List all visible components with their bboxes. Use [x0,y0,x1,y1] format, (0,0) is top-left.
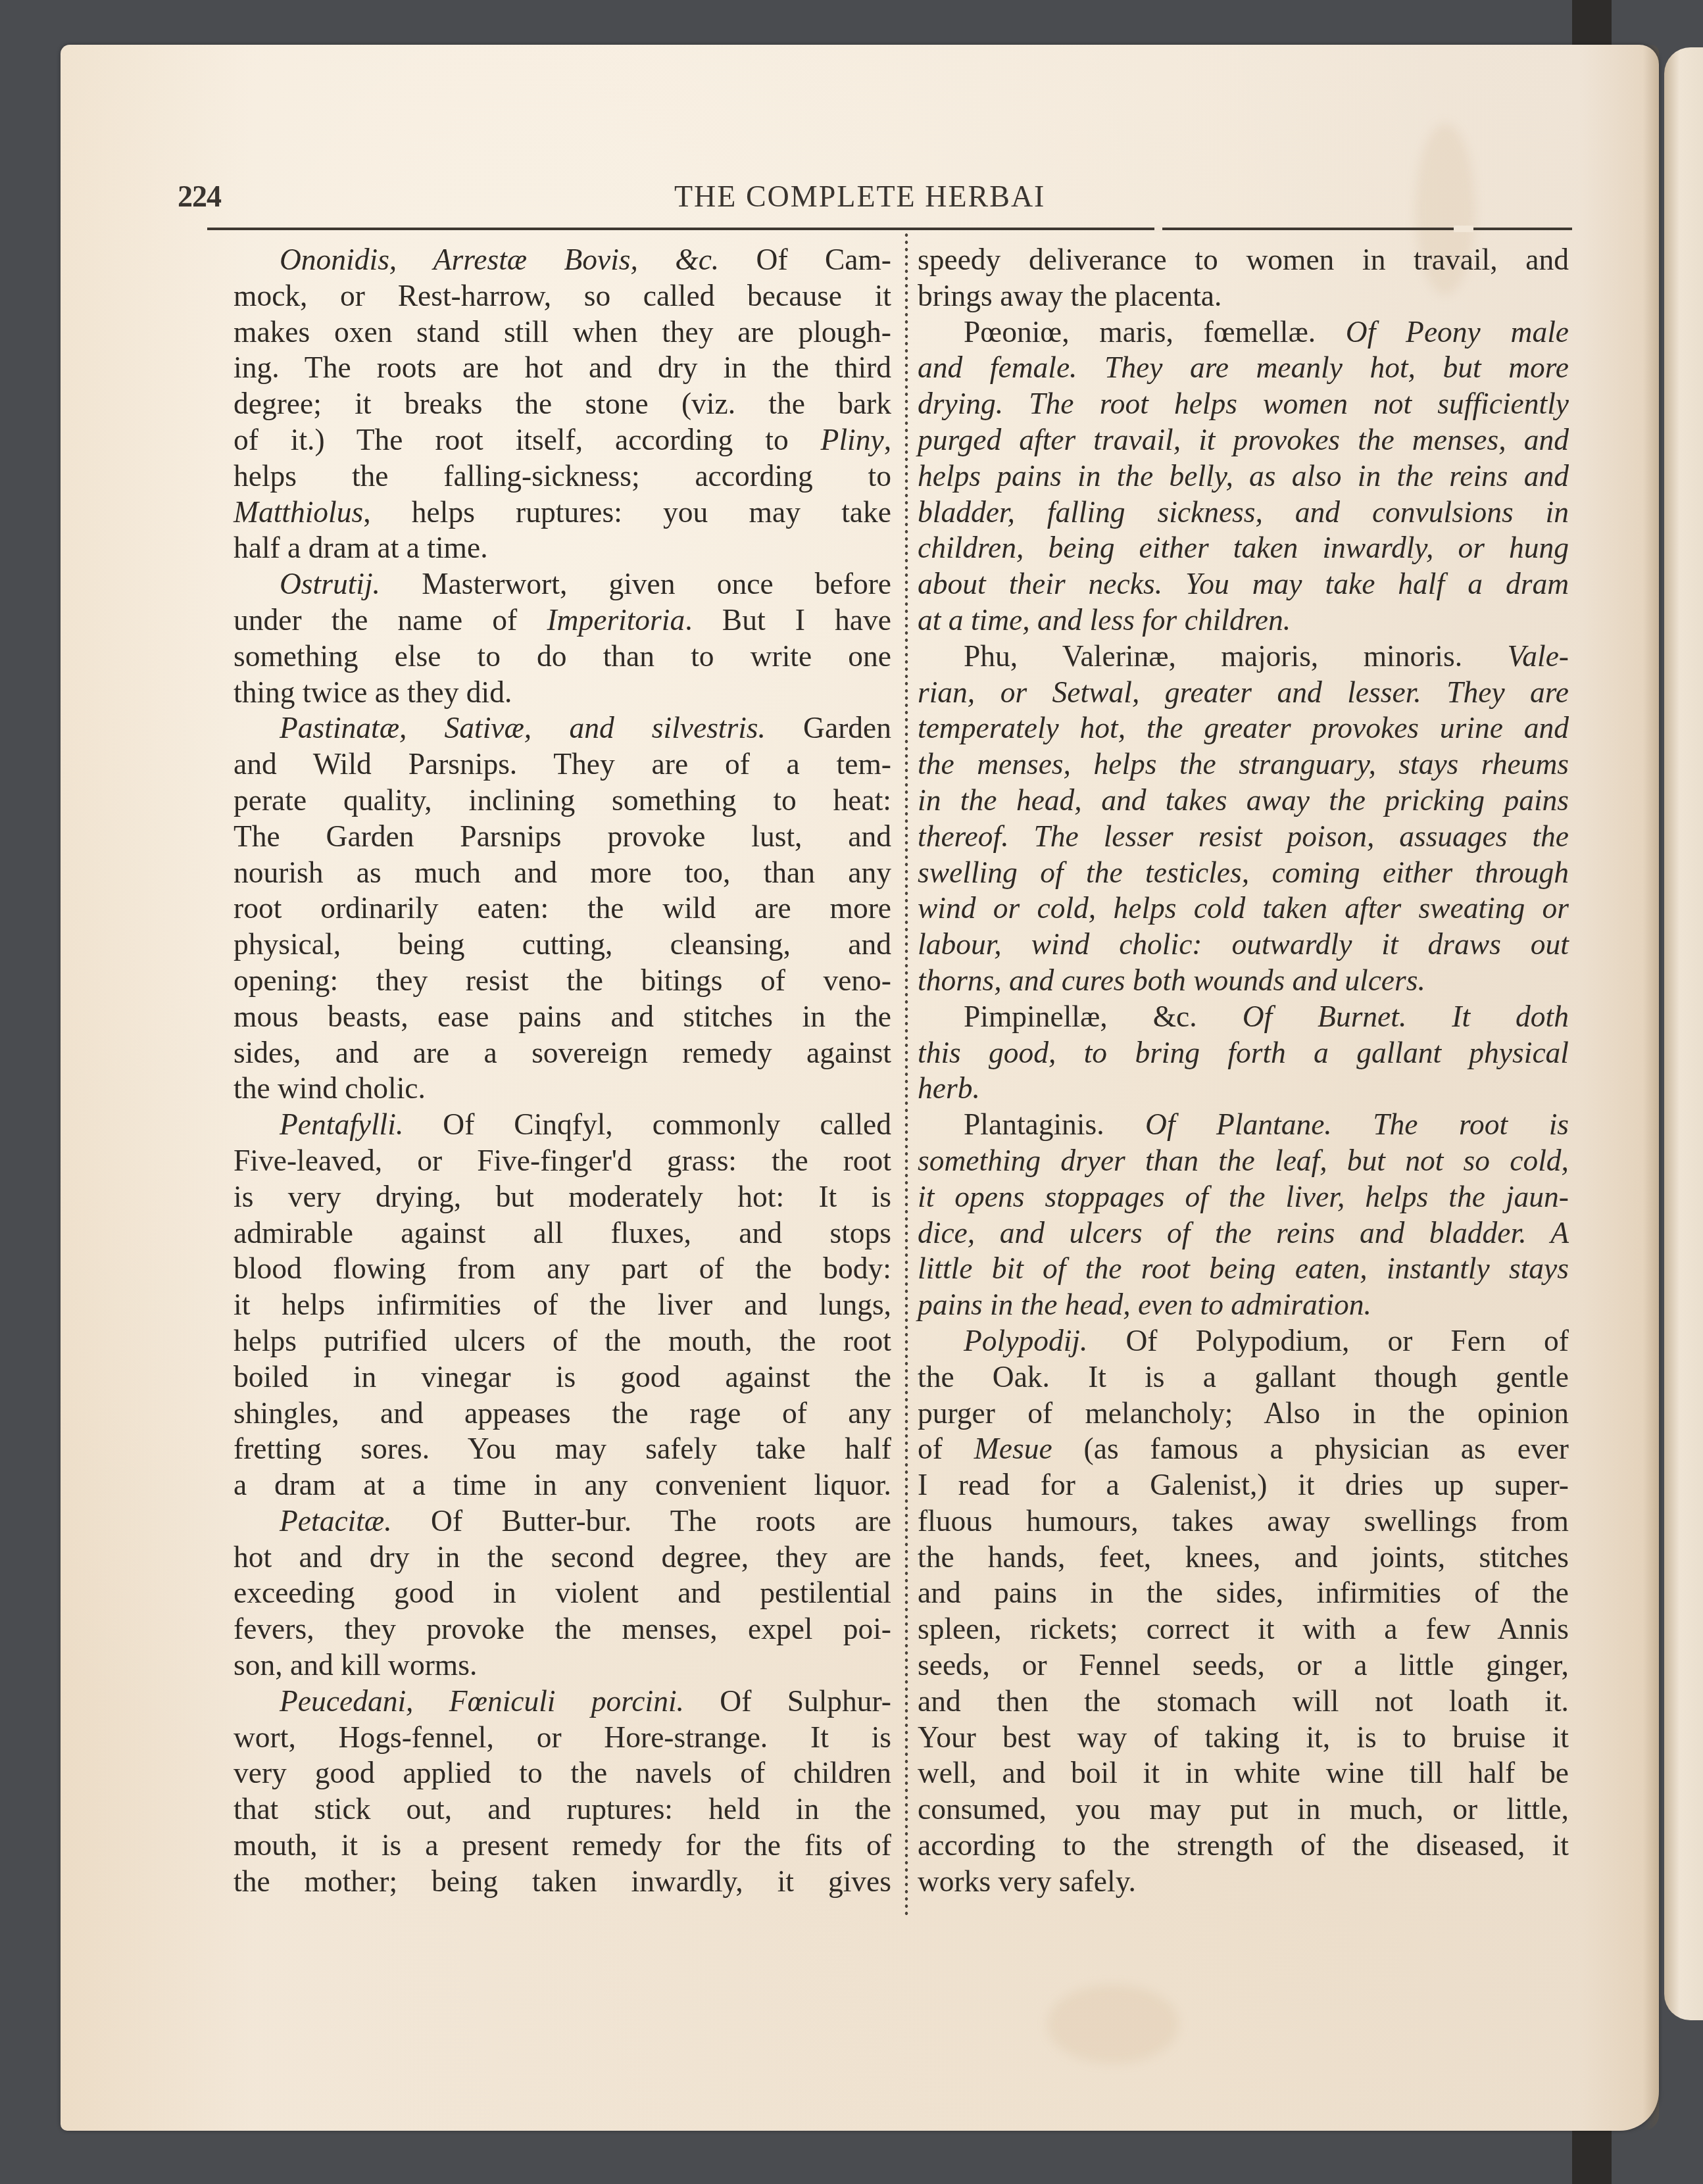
text-line: Five-leaved, or Five-finger'd grass: the… [234,1143,891,1179]
text-line: root ordinarily eaten: the wild are more [234,890,891,927]
text-line: ing. The roots are hot and dry in the th… [234,350,891,386]
text-line: something else to do than to write one [234,639,891,675]
latin-name: Petacitæ. [280,1504,392,1538]
text-line: makes oxen stand still when they are plo… [234,314,891,351]
text-line: pains in the head, even to admiration. [918,1287,1569,1323]
rule-break [1154,226,1162,232]
text-line: Pimpinellæ, &c. Of Burnet. It doth [918,999,1569,1035]
text-line: mock, or Rest-harrow, so called because … [234,278,891,314]
text-line: bladder, falling sickness, and convulsio… [918,495,1569,531]
text-line: Pœoniœ, maris, fœmellæ. Of Peony male [918,314,1569,351]
latin-name: Pastinatæ, Sativæ, and silvestris. [280,711,766,744]
text-line: labour, wind cholic: outwardly it draws … [918,927,1569,963]
text-line: seeds, or Fennel seeds, or a little ging… [918,1647,1569,1684]
text-span: Garden [766,711,891,744]
text-line: temperately hot, the greater provokes ur… [918,710,1569,746]
text-line: the mother; being taken inwardly, it giv… [234,1864,891,1900]
author-name: Pliny [821,423,884,456]
text-line: drying. The root helps women not suffici… [918,386,1569,422]
latin-name: Ononidis, Arrestæ Bovis, &c. [280,243,719,276]
text-span: (as famous a physician as ever [1052,1432,1569,1465]
text-line: little bit of the root being eaten, inst… [918,1251,1569,1287]
text-line: thing twice as they did. [234,675,891,711]
text-line: Pentafylli. Of Cinqfyl, commonly called [234,1107,891,1143]
text-line: and then the stomach will not loath it. [918,1684,1569,1720]
text-span: Masterwort, given once before [380,567,891,600]
text-line: physical, being cutting, cleansing, and [234,927,891,963]
text-line: about their necks. You may take half a d… [918,566,1569,602]
text-line: helps putrified ulcers of the mouth, the… [234,1323,891,1359]
text-line: perate quality, inclining something to h… [234,783,891,819]
text-line: Ostrutij. Masterwort, given once before [234,566,891,602]
text-line: sides, and are a sovereign remedy agains… [234,1035,891,1071]
author-name: Mesue [974,1432,1052,1465]
text-line: it helps infirmities of the liver and lu… [234,1287,891,1323]
text-line: I read for a Galenist,) it dries up supe… [918,1467,1569,1503]
text-line: boiled in vinegar is good against the [234,1359,891,1395]
gutter-shadow [1643,45,1659,2131]
text-line: half a dram at a time. [234,530,891,566]
english-name: Of Burnet. It doth [1243,1000,1569,1033]
text-line: spleen, rickets; correct it with a few A… [918,1611,1569,1647]
text-span: of it.) The root itself, according to [234,423,821,456]
author-name: Matthiolus [234,495,363,529]
latin-name: Imperitoria [547,603,685,637]
text-line: Your best way of taking it, is to bruise… [918,1720,1569,1756]
text-line: the menses, helps the stranguary, stays … [918,746,1569,783]
text-line: mous beasts, ease pains and stitches in … [234,999,891,1035]
text-line: fretting sores. You may safely take half [234,1431,891,1467]
right-column: speedy deliverance to women in travail, … [918,242,1569,1900]
text-line: a dram at a time in any convenient liquo… [234,1467,891,1503]
text-line: consumed, you may put in much, or little… [918,1791,1569,1828]
text-span: Pimpinellæ, &c. [964,1000,1243,1033]
text-line: wort, Hogs-fennel, or Hore-strange. It i… [234,1720,891,1756]
text-line: The Garden Parsnips provoke lust, and [234,819,891,855]
text-line: and female. They are meanly hot, but mor… [918,350,1569,386]
text-span: Of Cinqfyl, commonly called [403,1107,891,1141]
text-span: , helps ruptures: you may take [363,495,891,529]
text-line: and pains in the sides, infirmities of t… [918,1575,1569,1611]
text-line: Plantaginis. Of Plantane. The root is [918,1107,1569,1143]
text-line: son, and kill worms. [234,1647,891,1684]
paper-stain [1047,1985,1179,2064]
text-line: purger of melancholy; Also in the opinio… [918,1395,1569,1432]
text-line: admirable against all fluxes, and stops [234,1215,891,1251]
text-line: opening: they resist the bitings of veno… [234,963,891,999]
text-span: Phu, Valerinæ, majoris, minoris. [964,639,1508,673]
text-line: fluous humours, takes away swellings fro… [918,1503,1569,1540]
text-span: Of Cam- [719,243,891,276]
text-line: in the head, and takes away the pricking… [918,783,1569,819]
text-line: the wind cholic. [234,1071,891,1107]
text-line: very good applied to the navels of child… [234,1755,891,1791]
text-line: something dryer than the leaf, but not s… [918,1143,1569,1179]
text-span: of [918,1432,974,1465]
text-line: according to the strength of the disease… [918,1828,1569,1864]
text-line: helps the falling-sickness; according to [234,458,891,495]
left-column: Ononidis, Arrestæ Bovis, &c. Of Cam- moc… [234,242,891,1900]
text-line: that stick out, and ruptures: held in th… [234,1791,891,1828]
text-line: Matthiolus, helps ruptures: you may take [234,495,891,531]
page-number: 224 [178,179,221,214]
text-line: Phu, Valerinæ, majoris, minoris. Vale- [918,639,1569,675]
text-line: the Oak. It is a gallant though gentle [918,1359,1569,1395]
text-line: the hands, feet, knees, and joints, stit… [918,1540,1569,1576]
text-line: brings away the placenta. [918,278,1569,314]
text-line: Polypodij. Of Polypodium, or Fern of [918,1323,1569,1359]
text-span: , [884,423,891,456]
text-line: shingles, and appeases the rage of any [234,1395,891,1432]
text-line: Ononidis, Arrestæ Bovis, &c. Of Cam- [234,242,891,278]
text-line: works very safely. [918,1864,1569,1900]
text-span: under the name of [234,603,547,637]
text-line: degree; it breaks the stone (viz. the ba… [234,386,891,422]
running-head: 224 THE COMPLETE HERBAI [178,179,1572,225]
column-divider [903,231,910,1915]
latin-name: Polypodij. [964,1324,1087,1357]
header-rule [207,228,1572,230]
text-span: Plantaginis. [964,1107,1145,1141]
text-line: Petacitæ. Of Butter-bur. The roots are [234,1503,891,1540]
text-line: blood flowing from any part of the body: [234,1251,891,1287]
text-line: under the name of Imperitoria. But I hav… [234,602,891,639]
text-span: Of Butter-bur. The roots are [392,1504,891,1538]
english-name: Of Plantane. The root is [1145,1107,1569,1141]
text-line: at a time, and less for children. [918,602,1569,639]
next-page-edge [1664,47,1703,2020]
rule-break [1454,226,1473,232]
text-line: of Mesue (as famous a physician as ever [918,1431,1569,1467]
text-line: rian, or Setwal, greater and lesser. The… [918,675,1569,711]
text-line: dice, and ulcers of the reins and bladde… [918,1215,1569,1251]
text-line: herb. [918,1071,1569,1107]
text-line: thereof. The lesser resist poison, assua… [918,819,1569,855]
text-line: swelling of the testicles, coming either… [918,855,1569,891]
text-line: of it.) The root itself, according to Pl… [234,422,891,458]
text-line: exceeding good in violent and pestilenti… [234,1575,891,1611]
text-line: wind or cold, helps cold taken after swe… [918,890,1569,927]
text-line: nourish as much and more too, than any [234,855,891,891]
text-line: Peucedani, Fœniculi porcini. Of Sulphur- [234,1684,891,1720]
text-line: mouth, it is a present remedy for the fi… [234,1828,891,1864]
text-line: this good, to bring forth a gallant phys… [918,1035,1569,1071]
text-line: purged after travail, it provokes the me… [918,422,1569,458]
text-line: it opens stoppages of the liver, helps t… [918,1179,1569,1215]
text-line: well, and boil it in white wine till hal… [918,1755,1569,1791]
english-name: Of Peony male [1346,315,1569,349]
english-name: Vale- [1508,639,1569,673]
latin-name: Pentafylli. [280,1107,403,1141]
text-line: and Wild Parsnips. They are of a tem- [234,746,891,783]
text-span: Pœoniœ, maris, fœmellæ. [964,315,1346,349]
text-line: Pastinatæ, Sativæ, and silvestris. Garde… [234,710,891,746]
text-line: is very drying, but moderately hot: It i… [234,1179,891,1215]
text-line: hot and dry in the second degree, they a… [234,1540,891,1576]
running-title: THE COMPLETE HERBAI [674,179,1045,214]
text-line: speedy deliverance to women in travail, … [918,242,1569,278]
text-line: children, being either taken inwardly, o… [918,530,1569,566]
text-span: Of Polypodium, or Fern of [1087,1324,1569,1357]
text-line: helps pains in the belly, as also in the… [918,458,1569,495]
text-line: thorns, and cures both wounds and ulcers… [918,963,1569,999]
text-span: . But I have [685,603,891,637]
latin-name: Peucedani, Fœniculi porcini. [280,1684,684,1718]
text-line: fevers, they provoke the menses, expel p… [234,1611,891,1647]
text-span: Of Sulphur- [684,1684,891,1718]
latin-name: Ostrutij. [280,567,380,600]
